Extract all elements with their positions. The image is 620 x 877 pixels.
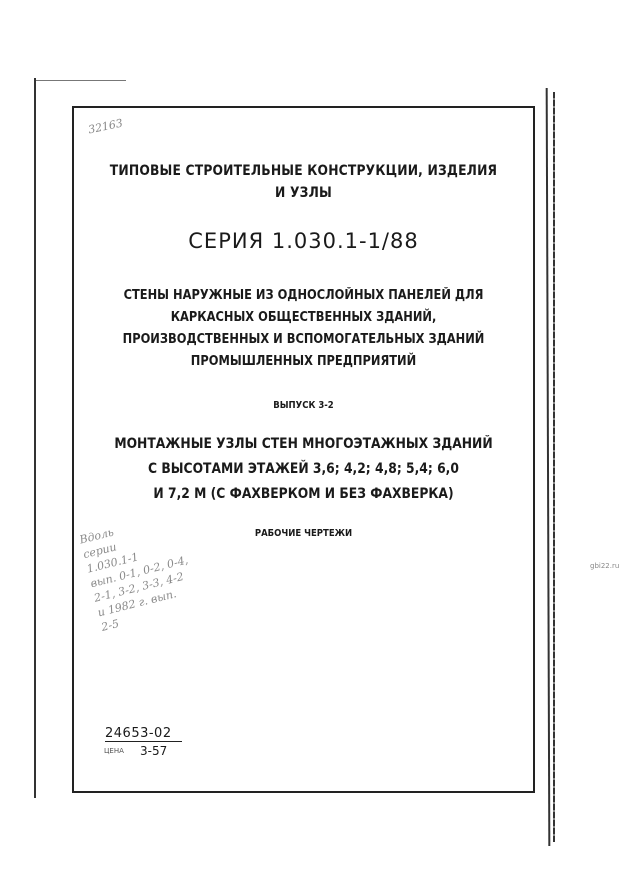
watermark: gbi22.ru	[590, 562, 619, 570]
subject-line: СТЕНЫ НАРУЖНЫЕ ИЗ ОДНОСЛОЙНЫХ ПАНЕЛЕЙ ДЛ…	[100, 285, 507, 307]
heading-line: ТИПОВЫЕ СТРОИТЕЛЬНЫЕ КОНСТРУКЦИИ, ИЗДЕЛИ…	[100, 160, 507, 182]
document-code: 24653-02	[105, 726, 182, 742]
issue-title-line: И 7,2 М (С ФАХВЕРКОМ И БЕЗ ФАХВЕРКА)	[100, 482, 507, 507]
price-label: ЦЕНА	[104, 747, 124, 755]
outer-frame-left-line	[34, 78, 36, 798]
outer-frame-top-line	[36, 80, 126, 81]
heading: ТИПОВЫЕ СТРОИТЕЛЬНЫЕ КОНСТРУКЦИИ, ИЗДЕЛИ…	[100, 160, 507, 204]
subject-line: ПРОМЫШЛЕННЫХ ПРЕДПРИЯТИЙ	[100, 351, 507, 373]
series-title: СЕРИЯ 1.030.1-1/88	[72, 229, 535, 253]
issue-title-line: С ВЫСОТАМИ ЭТАЖЕЙ 3,6; 4,2; 4,8; 5,4; 6,…	[100, 457, 507, 482]
subject: СТЕНЫ НАРУЖНЫЕ ИЗ ОДНОСЛОЙНЫХ ПАНЕЛЕЙ ДЛ…	[100, 285, 507, 373]
binding-line	[546, 88, 551, 846]
binding-line-dashed	[553, 92, 555, 842]
issue-number: ВЫПУСК 3-2	[107, 400, 501, 411]
subject-line: ПРОИЗВОДСТВЕННЫХ И ВСПОМОГАТЕЛЬНЫХ ЗДАНИ…	[100, 329, 507, 351]
heading-line: И УЗЛЫ	[100, 182, 507, 204]
subject-line: КАРКАСНЫХ ОБЩЕСТВЕННЫХ ЗДАНИЙ,	[100, 307, 507, 329]
issue-title: МОНТАЖНЫЕ УЗЛЫ СТЕН МНОГОЭТАЖНЫХ ЗДАНИЙ …	[100, 432, 507, 507]
price-value: 3-57	[140, 744, 167, 758]
issue-title-line: МОНТАЖНЫЕ УЗЛЫ СТЕН МНОГОЭТАЖНЫХ ЗДАНИЙ	[100, 432, 507, 457]
